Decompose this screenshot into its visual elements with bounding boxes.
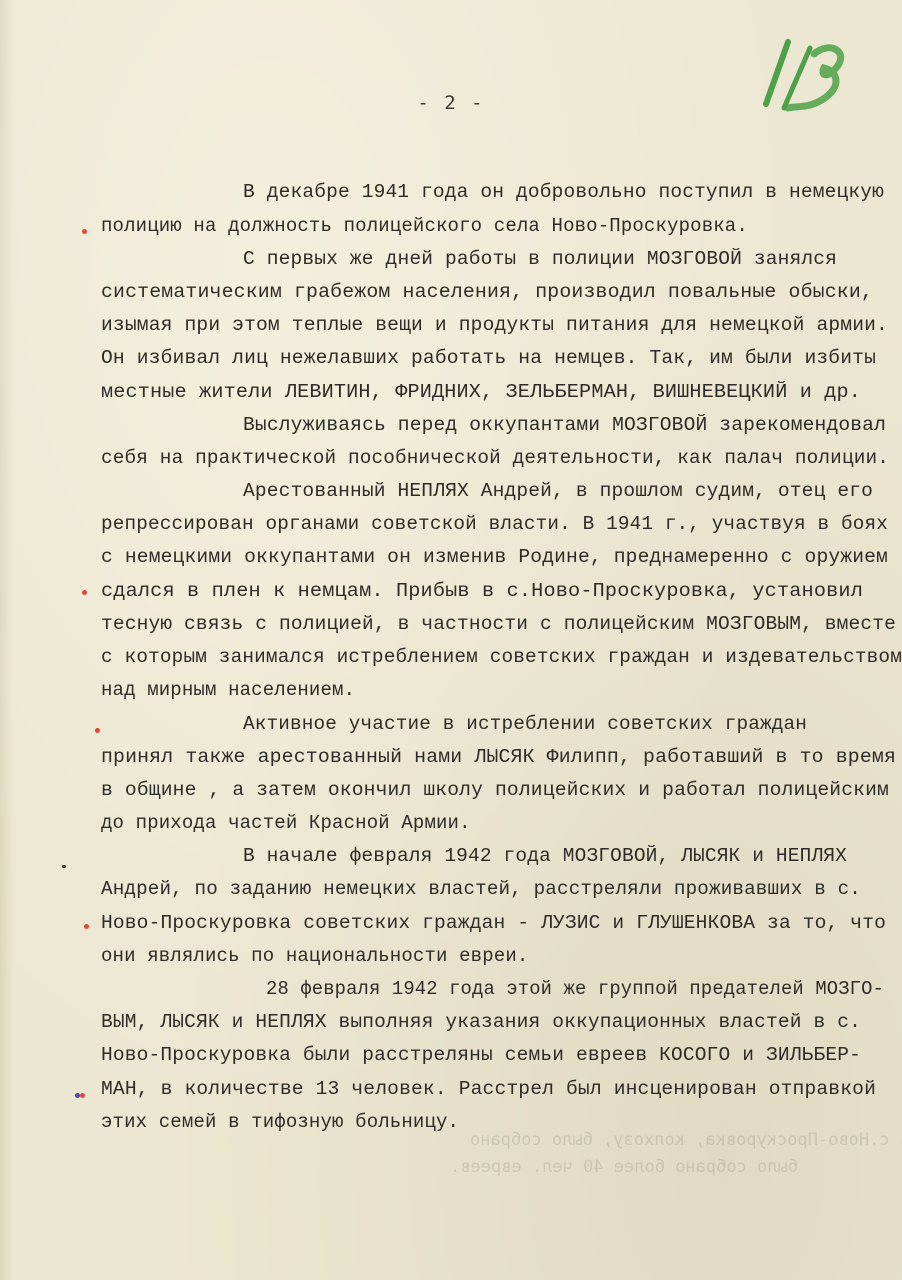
margin-mark-red (82, 229, 87, 234)
bleed-through-text: было собрано более 40 чел. евреев. (450, 1157, 798, 1177)
typed-line: В декабре 1941 года он добровольно посту… (243, 181, 884, 203)
typed-line: МАН, в количестве 13 человек. Расстрел б… (101, 1078, 876, 1100)
typed-line: они являлись по национальности евреи. (101, 945, 528, 967)
typed-line: с которым занимался истреблением советск… (101, 646, 902, 668)
typed-line: репрессирован органами советской власти.… (101, 513, 888, 535)
margin-mark-ink (62, 865, 66, 868)
typed-line: Андрей, по заданию немецких властей, рас… (101, 878, 861, 900)
typed-line: тесную связь с полицией, в частности с п… (101, 613, 896, 635)
typed-line: полицию на должность полицейского села Н… (101, 215, 748, 237)
typed-line: с немецкими оккупантами он изменив Родин… (101, 546, 888, 568)
typed-line: С первых же дней работы в полиции МОЗГОВ… (243, 248, 837, 270)
margin-mark-red (80, 1093, 85, 1098)
bleed-through-text: Только в с.Ново-Проскуровка, колхозу, бы… (470, 1130, 902, 1150)
typed-line: систематическим грабежом населения, прои… (101, 281, 873, 303)
typed-line: Арестованный НЕПЛЯХ Андрей, в прошлом су… (243, 480, 873, 502)
typed-line: Выслуживаясь перед оккупантами МОЗГОВОЙ … (243, 414, 886, 436)
typed-line: до прихода частей Красной Армии. (101, 812, 471, 834)
typed-line: В начале февраля 1942 года МОЗГОВОЙ, ЛЫС… (243, 845, 847, 867)
typed-line: сдался в плен к немцам. Прибыв в с.Ново-… (101, 580, 863, 602)
typed-line: ВЫМ, ЛЫСЯК и НЕПЛЯХ выполняя указания ок… (101, 1011, 861, 1033)
typed-line: себя на практической пособнической деяте… (101, 447, 889, 469)
typed-line: Ново-Проскуровка были расстреляны семьи … (101, 1044, 861, 1066)
margin-mark-red (95, 728, 100, 733)
typed-line: этих семей в тифозную больницу. (101, 1111, 459, 1133)
folio-number-pencil-mark (758, 38, 854, 114)
typed-line: Ново-Проскуровка советских граждан - ЛУЗ… (101, 912, 886, 934)
typed-line: Активное участие в истреблении советских… (243, 713, 807, 735)
typed-line: изымая при этом теплые вещи и продукты п… (101, 314, 888, 336)
typed-line: в общине , а затем окончил школу полицей… (101, 779, 889, 801)
margin-mark-red (84, 924, 89, 929)
margin-mark-red (82, 590, 87, 595)
typed-line: местные жители ЛЕВИТИН, ФРИДНИХ, ЗЕЛЬБЕР… (101, 381, 861, 403)
typed-line: 28 февраля 1942 года этой же группой пре… (266, 978, 884, 1000)
typed-line: принял также арестованный нами ЛЫСЯК Фил… (101, 746, 896, 768)
typed-line: над мирным населением. (101, 679, 355, 701)
typed-line: Он избивал лиц нежелавших работать на не… (101, 347, 876, 369)
